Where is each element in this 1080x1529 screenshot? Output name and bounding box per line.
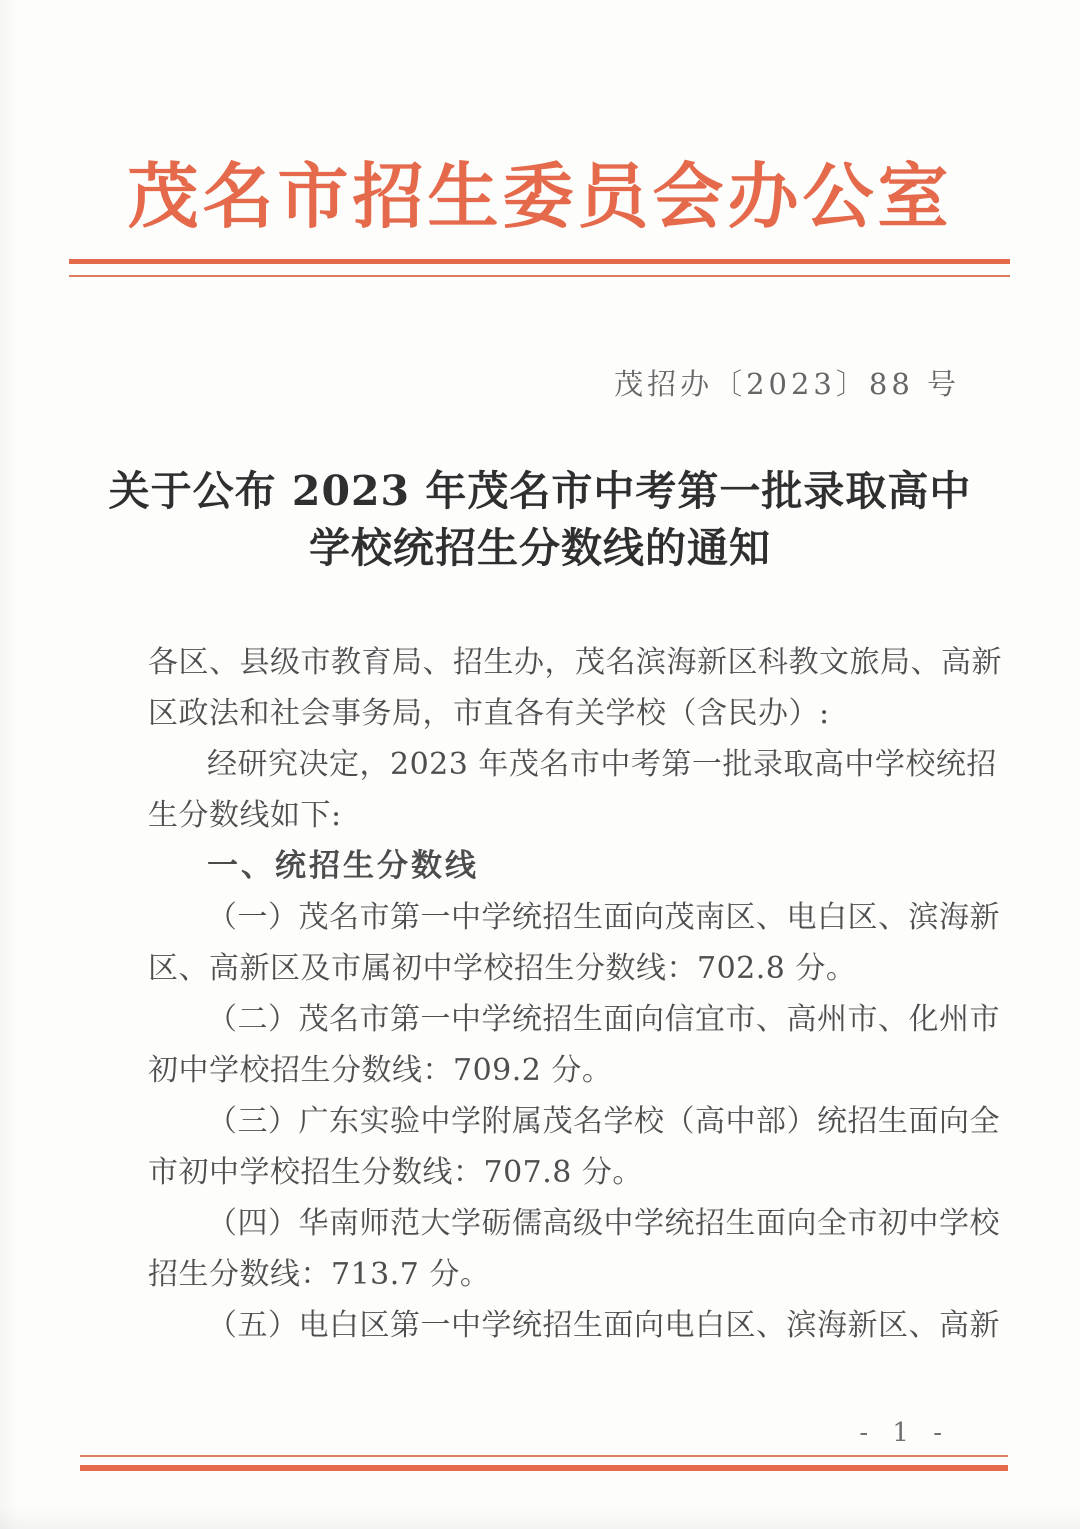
- body-line: 经研究决定，2023 年茂名市中考第一批录取高中学校统招: [148, 739, 970, 790]
- list-item-1-line: （一）茂名市第一中学统招生面向茂南区、电白区、滨海新: [148, 892, 970, 943]
- letterhead-office-name: 茂名市招生委员会办公室: [0, 148, 1080, 244]
- document-title: 关于公布 2023 年茂名市中考第一批录取高中 学校统招生分数线的通知: [0, 463, 1080, 577]
- document-title-line-2: 学校统招生分数线的通知: [0, 520, 1080, 577]
- list-item-5-line: （五）电白区第一中学统招生面向电白区、滨海新区、高新: [148, 1300, 970, 1351]
- footer-rule-thick: [80, 1465, 1008, 1471]
- document-number: 茂招办〔2023〕88 号: [614, 362, 960, 403]
- salutation-line: 各区、县级市教育局、招生办，茂名滨海新区科教文旅局、高新: [148, 637, 970, 688]
- list-item-3-line: 市初中学校招生分数线：707.8 分。: [148, 1147, 970, 1198]
- body-line: 生分数线如下:: [148, 790, 970, 841]
- list-item-1-line: 区、高新区及市属初中学校招生分数线：702.8 分。: [148, 943, 970, 994]
- list-item-2-line: （二）茂名市第一中学统招生面向信宜市、高州市、化州市: [148, 994, 970, 1045]
- list-item-2-line: 初中学校招生分数线：709.2 分。: [148, 1045, 970, 1096]
- page-number: - 1 -: [859, 1418, 950, 1448]
- footer-rule-thin: [80, 1455, 1008, 1457]
- letterhead-rule-thick: [69, 259, 1010, 264]
- document-body: 各区、县级市教育局、招生办，茂名滨海新区科教文旅局、高新 区政法和社会事务局，市…: [148, 637, 970, 1351]
- section-heading: 一、统招生分数线: [148, 841, 970, 892]
- scanned-document-page: 茂名市招生委员会办公室 茂招办〔2023〕88 号 关于公布 2023 年茂名市…: [0, 0, 1080, 1529]
- document-title-line-1: 关于公布 2023 年茂名市中考第一批录取高中: [0, 463, 1080, 520]
- salutation-line: 区政法和社会事务局，市直各有关学校（含民办）:: [148, 688, 970, 739]
- list-item-4-line: 招生分数线：713.7 分。: [148, 1249, 970, 1300]
- list-item-4-line: （四）华南师范大学砺儒高级中学统招生面向全市初中学校: [148, 1198, 970, 1249]
- list-item-3-line: （三）广东实验中学附属茂名学校（高中部）统招生面向全: [148, 1096, 970, 1147]
- letterhead-rule-thin: [69, 275, 1010, 277]
